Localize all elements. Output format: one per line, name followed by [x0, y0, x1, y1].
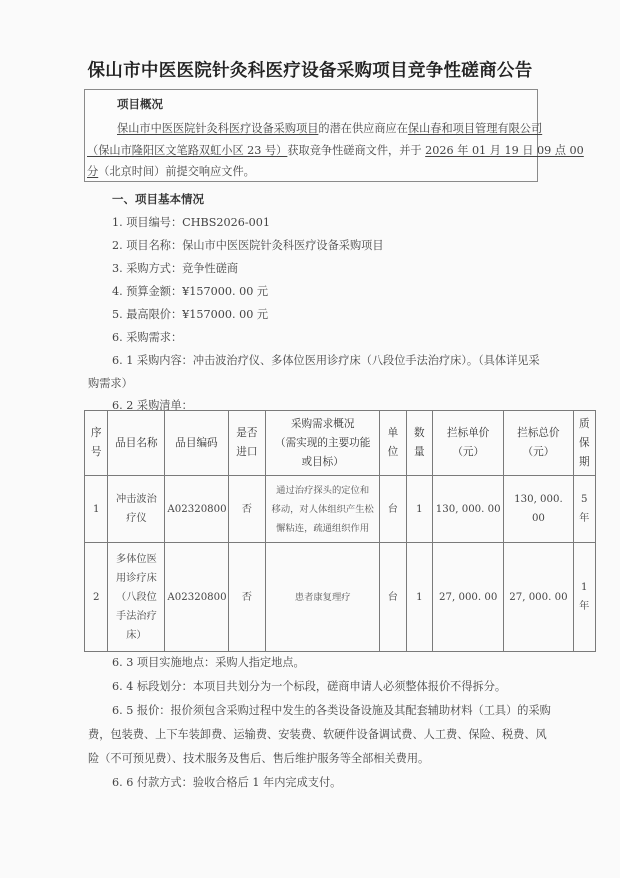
table-header-row: 序号 品目名称 品目编码 是否进口 采购需求概况（需实现的主要功能或目标） 单位…: [85, 411, 596, 476]
section-basic-info-heading: 一、项目基本情况: [112, 191, 204, 207]
item-6-3-location: 6. 3 项目实施地点：采购人指定地点。: [112, 654, 305, 670]
header-item-name: 品目名称: [108, 411, 165, 476]
cell-item-name: 冲击波治疗仪: [108, 476, 165, 543]
cell-unit-price: 27, 000. 00: [433, 543, 504, 652]
item-procurement-method: 3. 采购方式：竞争性磋商: [112, 260, 238, 276]
item-requirements: 6. 采购需求：: [112, 329, 182, 345]
cell-total-price: 27, 000. 00: [504, 543, 573, 652]
overview-project-name: 保山市中医医院针灸科医疗设备采购项目: [117, 122, 318, 135]
item-budget: 4. 预算金额：¥157000. 00 元: [112, 283, 268, 299]
overview-deadline: 2026 年 01 月 19 日 09 点 00: [425, 144, 584, 157]
cell-requirements: 患者康复理疗: [266, 543, 380, 652]
cell-unit-price: 130, 000. 00: [433, 476, 504, 543]
cell-total-price: 130, 000. 00: [504, 476, 573, 543]
cell-item-code: A02320800: [165, 543, 228, 652]
overview-deadline-end: 分: [87, 165, 98, 178]
overview-text: 的潜在供应商应在: [318, 122, 408, 135]
item-6-6-payment: 6. 6 付款方式：验收合格后 1 年内完成支付。: [112, 774, 341, 790]
header-seq: 序号: [85, 411, 108, 476]
document-title: 保山市中医医院针灸科医疗设备采购项目竞争性磋商公告: [0, 57, 620, 82]
cell-item-code: A02320800: [165, 476, 228, 543]
cell-warranty: 1年: [573, 543, 595, 652]
table-row: 2 多体位医用诊疗床（八段位手法治疗床） A02320800 否 患者康复理疗 …: [85, 543, 596, 652]
document-page: 保山市中医医院针灸科医疗设备采购项目竞争性磋商公告 项目概况 保山市中医医院针灸…: [0, 0, 620, 878]
item-6-5-quote-cont: 费，包装费、上下车装卸费、运输费、安装费、软硬件设备调试费、人工费、保险、税费、…: [88, 726, 547, 742]
item-6-5-quote-cont-2: 险（不可预见费）、技术服务及售后、售后维护服务等全部相关费用。: [88, 750, 429, 766]
cell-imported: 否: [228, 543, 266, 652]
overview-line-2: （保山市隆阳区文笔路双虹小区 23 号）获取竞争性磋商文件，并于 2026 年 …: [87, 142, 584, 158]
item-max-price: 5. 最高限价：¥157000. 00 元: [112, 306, 268, 322]
procurement-list-table: 序号 品目名称 品目编码 是否进口 采购需求概况（需实现的主要功能或目标） 单位…: [84, 410, 596, 652]
cell-quantity: 1: [406, 476, 432, 543]
cell-seq: 2: [85, 543, 108, 652]
table-row: 1 冲击波治疗仪 A02320800 否 通过治疗探头的定位和移动，对人体组织产…: [85, 476, 596, 543]
item-6-1-content: 6. 1 采购内容：冲击波治疗仪、多体位医用诊疗床（八段位手法治疗床）。（具体详…: [112, 352, 540, 368]
item-project-name: 2. 项目名称：保山市中医医院针灸科医疗设备采购项目: [112, 237, 384, 253]
cell-quantity: 1: [406, 543, 432, 652]
item-6-5-quote: 6. 5 报价：报价须包含采购过程中发生的各类设备设施及其配套辅助材料（工具）的…: [112, 702, 551, 718]
overview-heading: 项目概况: [117, 96, 163, 112]
header-item-code: 品目编码: [165, 411, 228, 476]
header-unit: 单位: [380, 411, 406, 476]
overview-line-3: 分（北京时间）前提交响应文件。: [87, 163, 255, 179]
cell-imported: 否: [228, 476, 266, 543]
header-requirements: 采购需求概况（需实现的主要功能或目标）: [266, 411, 380, 476]
overview-agency: 保山春和项目管理有限公司: [408, 122, 542, 135]
item-project-number: 1. 项目编号：CHBS2026-001: [112, 214, 270, 230]
cell-unit: 台: [380, 476, 406, 543]
item-6-1-content-cont: 购需求）: [88, 375, 133, 391]
header-warranty: 质保期: [573, 411, 595, 476]
header-quantity: 数量: [406, 411, 432, 476]
project-overview-box: 项目概况 保山市中医医院针灸科医疗设备采购项目的潜在供应商应在保山春和项目管理有…: [84, 89, 538, 182]
cell-item-name: 多体位医用诊疗床（八段位手法治疗床）: [108, 543, 165, 652]
overview-line-1: 保山市中医医院针灸科医疗设备采购项目的潜在供应商应在保山春和项目管理有限公司: [117, 120, 542, 136]
cell-requirements: 通过治疗探头的定位和移动，对人体组织产生松懈粘连，疏通组织作用: [266, 476, 380, 543]
overview-text: （北京时间）前提交响应文件。: [98, 165, 255, 178]
cell-unit: 台: [380, 543, 406, 652]
cell-warranty: 5年: [573, 476, 595, 543]
overview-address: （保山市隆阳区文笔路双虹小区 23 号）: [87, 144, 287, 157]
overview-text: 获取竞争性磋商文件，并于: [287, 144, 425, 157]
cell-seq: 1: [85, 476, 108, 543]
header-total-price: 拦标总价（元）: [504, 411, 573, 476]
header-unit-price: 拦标单价（元）: [433, 411, 504, 476]
header-imported: 是否进口: [228, 411, 266, 476]
item-6-4-lots: 6. 4 标段划分：本项目共划分为一个标段，磋商申请人必须整体报价不得拆分。: [112, 678, 506, 694]
